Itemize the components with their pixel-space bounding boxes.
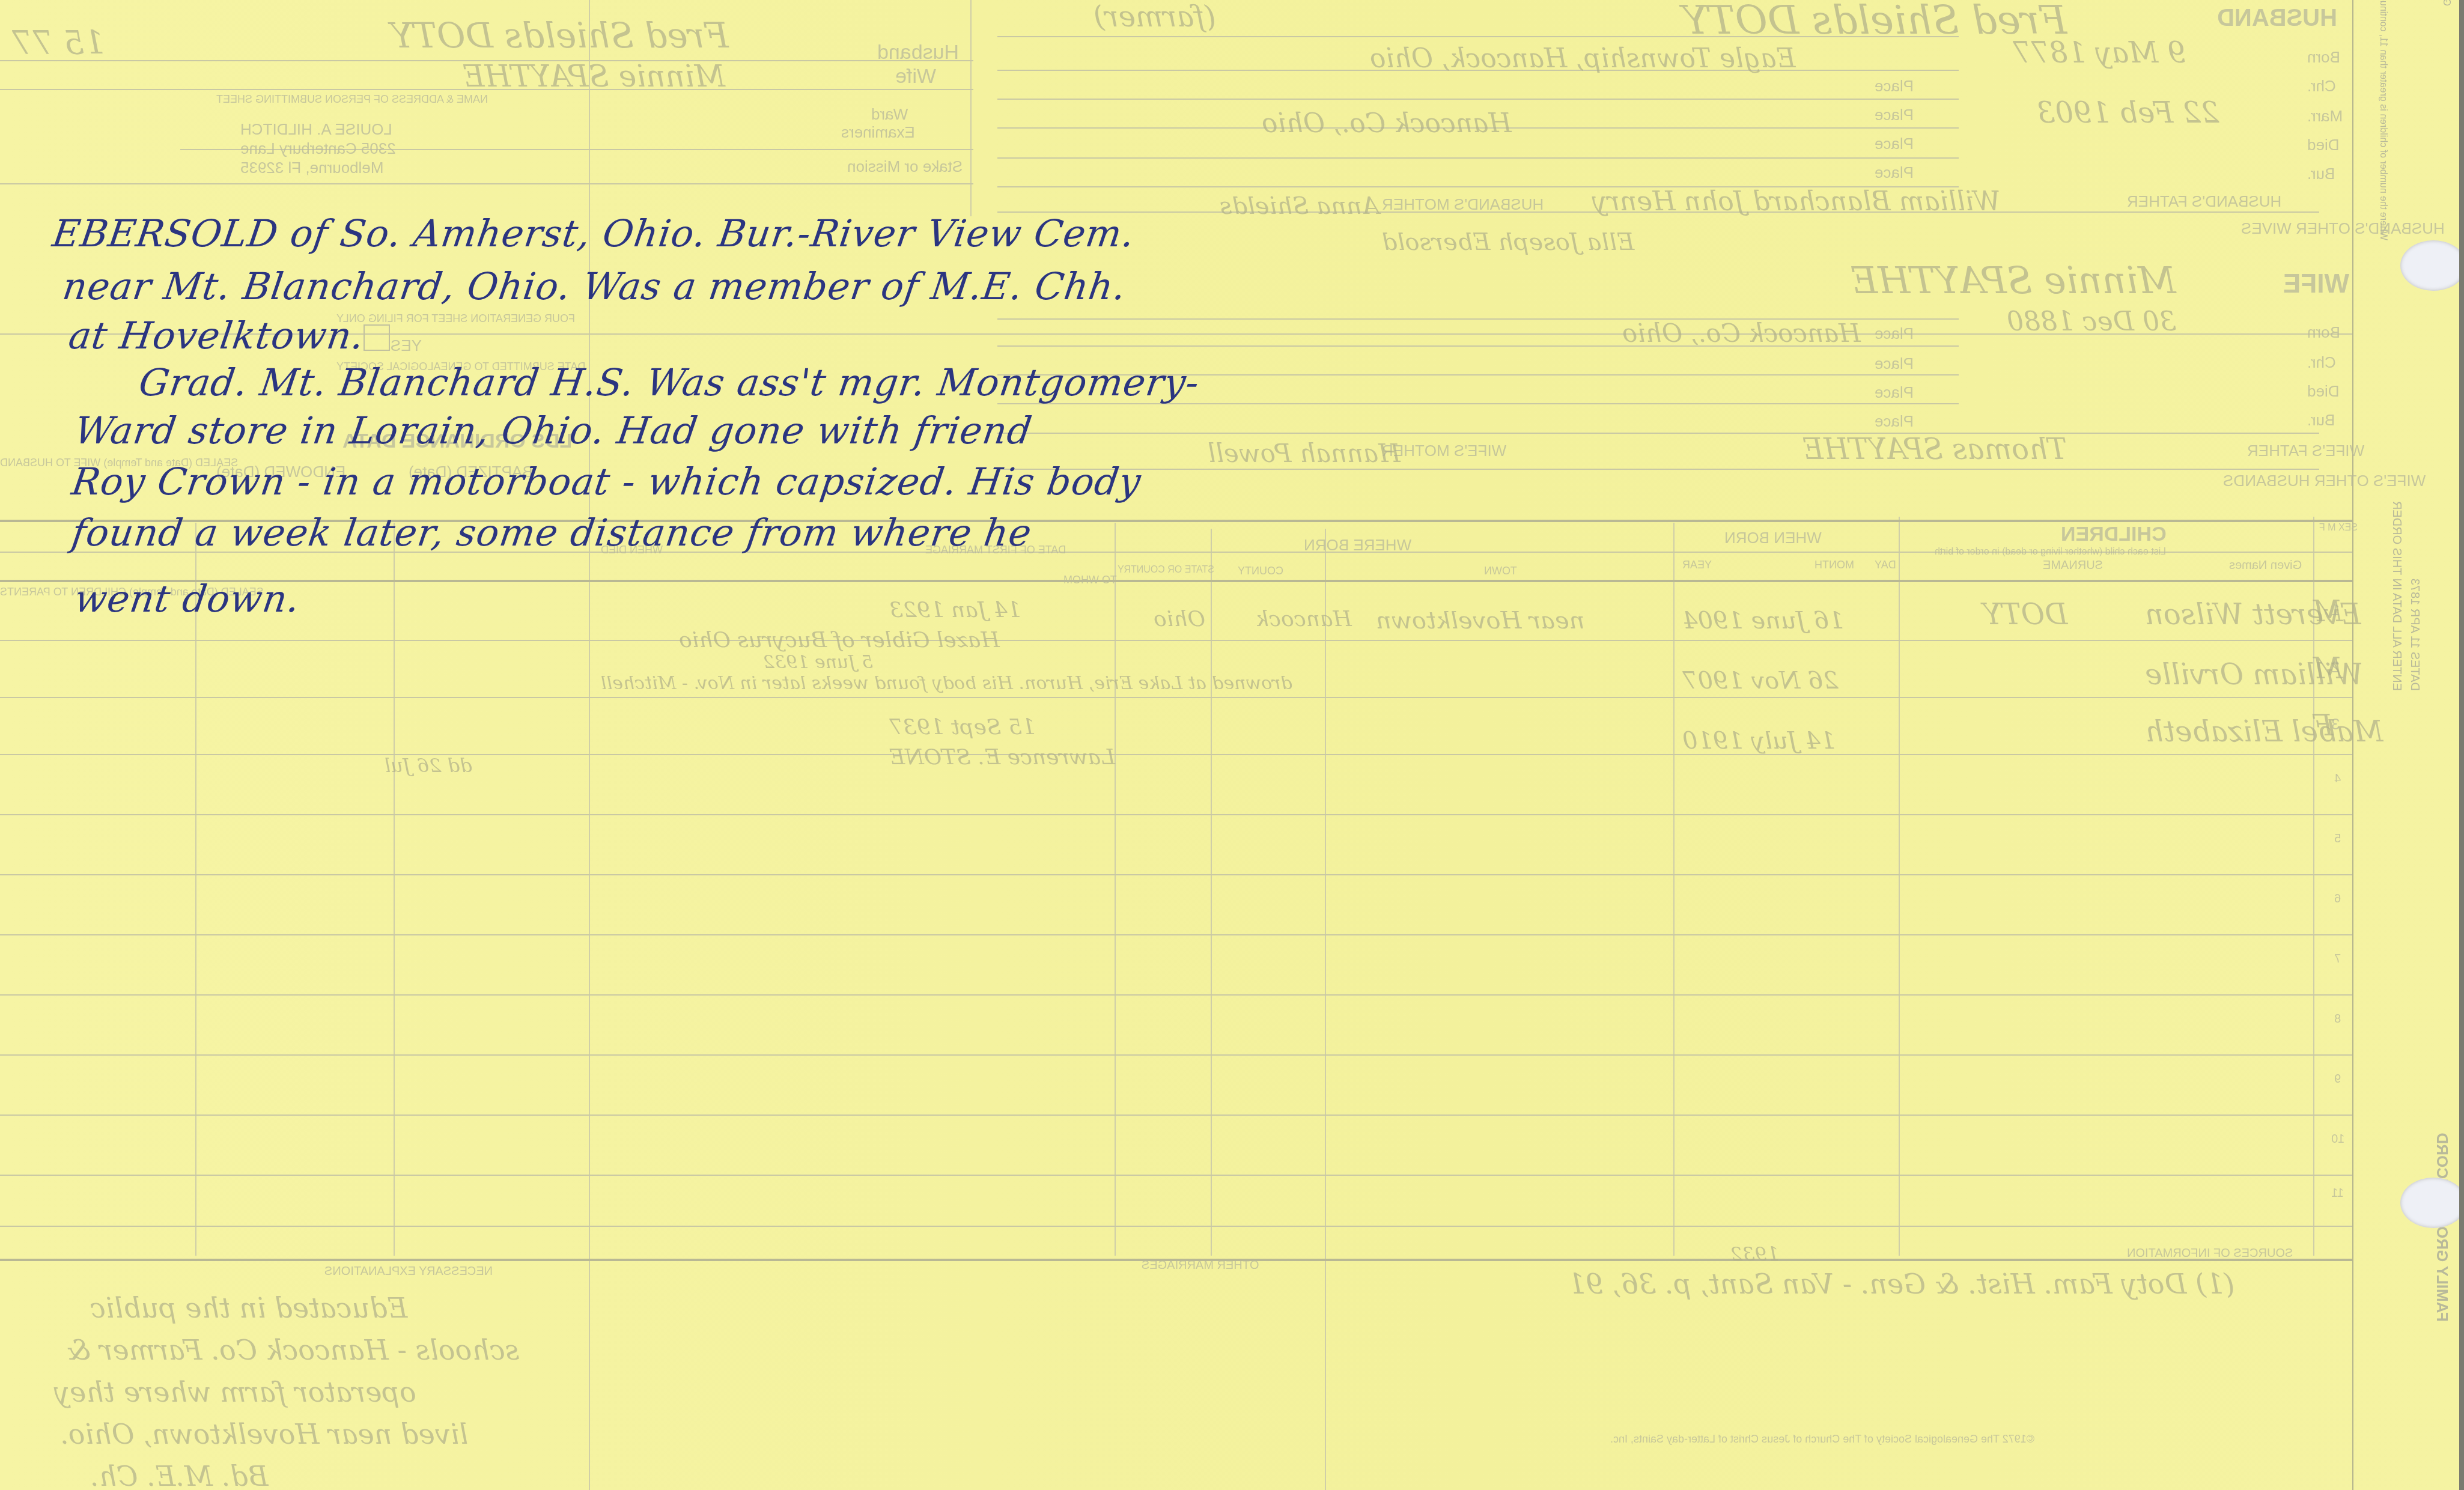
yes-label: YES xyxy=(391,336,422,355)
note-line: Grad. Mt. Blanchard H.S. Was ass't mgr. … xyxy=(136,360,1202,404)
wife-header: WIFE xyxy=(2283,269,2349,299)
child-given: Mabel Elizabeth xyxy=(2145,715,2383,749)
note-line: Roy Crown - in a motorboat - which capsi… xyxy=(69,460,1144,503)
child-note: dd 26 Jul xyxy=(385,754,472,777)
divider xyxy=(394,523,395,1256)
wife-mother-label: WIFE'S MOTHER xyxy=(1382,442,1506,460)
rule xyxy=(0,754,2352,755)
rule xyxy=(0,580,2352,582)
wife-father-label: WIFE'S FATHER xyxy=(2247,442,2364,460)
row-num: 11 xyxy=(2331,1187,2344,1200)
divider xyxy=(195,523,196,1256)
husband-born-place: Eagle Township, Hancock, Ohio xyxy=(1370,43,1796,74)
husband-marr-place: Hancock Co., Ohio xyxy=(1262,108,1512,139)
submitter-line: LOUISE A. HILDITCH xyxy=(240,120,392,139)
row-num: 7 xyxy=(2334,952,2341,966)
wife-born-place: Hancock Co., Ohio xyxy=(1622,318,1861,348)
where-born-header: WHERE BORN xyxy=(1304,536,1411,555)
child-to-whom: Hazel Gibler of Bucyrus Ohio xyxy=(679,628,1000,652)
field-bur: Bur. xyxy=(2307,165,2335,183)
child-born: 16 June 1904 xyxy=(1682,607,1844,634)
wife-mother: Hannah Powell xyxy=(1208,439,1401,468)
husband-label: Husband xyxy=(877,41,959,64)
to-whom-label: TO WHOM xyxy=(1063,574,1117,586)
field-born: Born xyxy=(2307,48,2340,67)
rule xyxy=(997,469,2319,470)
explanation-line: Bd. M.E. Ch. xyxy=(90,1460,268,1490)
husband-other-wives: Ella Joseph Ebersold xyxy=(1382,228,1634,256)
rule xyxy=(997,157,1959,159)
col-town: TOWN xyxy=(1484,565,1517,577)
child-surname: DOTY xyxy=(1983,598,2068,631)
rule xyxy=(0,934,2352,935)
note-line: EBERSOLD of So. Amherst, Ohio. Bur.-Rive… xyxy=(50,211,1137,255)
yes-checkbox[interactable] xyxy=(364,324,390,351)
sources-label: SOURCES OF INFORMATION xyxy=(2127,1247,2293,1260)
note-line: went down. xyxy=(72,577,303,621)
rule xyxy=(0,1114,2352,1116)
note-line: at Hovelktown. xyxy=(66,314,367,357)
wife-other-husbands-label: WIFE'S OTHER HUSBANDS xyxy=(2223,472,2426,490)
husband-mother-label: HUSBAND'S MOTHER xyxy=(1382,195,1544,214)
rule xyxy=(0,1054,2352,1056)
field-chr: Chr. xyxy=(2307,353,2336,372)
col-year: YEAR xyxy=(1682,559,1712,571)
stake-label: Stake or Mission xyxy=(847,157,963,176)
field-marr: Marr. xyxy=(2307,107,2343,126)
note-line: Ward store in Lorain, Ohio. Had gone wit… xyxy=(72,409,1035,452)
place-label: Place xyxy=(1875,106,1914,124)
child-born: 26 Nov 1907 xyxy=(1682,667,1839,695)
binder-hole xyxy=(2400,240,2464,291)
note-line: near Mt. Blanchard, Ohio. Was a member o… xyxy=(60,264,1129,308)
rule xyxy=(0,814,2352,815)
ward-label: Ward xyxy=(871,105,908,124)
divider xyxy=(1211,529,1212,1256)
husband-name-ghost: Fred Shields DOTY xyxy=(391,15,729,56)
field-died: Died xyxy=(2307,136,2339,154)
child-died: 5 June 1932 xyxy=(763,652,873,673)
husband-mother: Anna Shields xyxy=(1220,192,1380,220)
enter-all-data: ENTER ALL DATA IN THIS ORDER xyxy=(2389,501,2403,691)
explanation-line: schools - Hancock Co. Farmer & xyxy=(66,1334,519,1366)
col-surname: SURNAME xyxy=(2043,559,2103,573)
place-label: Place xyxy=(1875,383,1914,402)
sources-text: (1) Doty Fam. Hist. & Gen. - Van Sant, p… xyxy=(1568,1268,2234,1300)
place-label: Place xyxy=(1875,354,1914,373)
child-town: near Hovelktown xyxy=(1376,607,1585,634)
child-county: Hancock xyxy=(1256,607,1352,631)
col-state: STATE OR COUNTRY xyxy=(1118,565,1214,576)
divider xyxy=(1325,529,1326,1490)
husband-occupation: (farmer) xyxy=(1094,0,1216,34)
wife-father: Thomas SPAYTHE xyxy=(1802,433,2067,466)
submitter-header: NAME & ADDRESS OF PERSON SUBMITTING SHEE… xyxy=(216,93,488,106)
child-marr-date: 14 Jan 1923 xyxy=(889,598,1021,622)
place-label: Place xyxy=(1875,77,1914,96)
child-born: 14 July 1910 xyxy=(1682,727,1836,755)
rule xyxy=(997,99,1959,100)
husband-header: HUSBAND xyxy=(2217,5,2337,32)
child-given: Everett Wilson xyxy=(2145,598,2361,631)
husband-other-wives-label: HUSBAND'S OTHER WIVES xyxy=(2241,219,2445,238)
copyright: ©1972 The Genealogical Society of The Ch… xyxy=(1610,1433,2034,1446)
explanation-line: operator farm where they xyxy=(54,1376,416,1408)
child-given: William Orville xyxy=(2145,658,2363,692)
four-gen-label: FOUR GENERATION SHEET FOR FILING ONLY xyxy=(336,312,575,325)
husband-father-label: HUSBAND'S FATHER xyxy=(2127,192,2281,211)
place-label: Place xyxy=(1875,135,1914,153)
row-num: 4 xyxy=(2334,772,2341,786)
row-num: 9 xyxy=(2334,1072,2341,1086)
wife-label: Wife xyxy=(895,65,936,88)
rule xyxy=(0,183,973,184)
place-label: Place xyxy=(1875,163,1914,182)
rule xyxy=(0,874,2352,875)
submitter-line: Melbourne, Fl 32935 xyxy=(240,159,383,177)
field-chr: Chr. xyxy=(2307,77,2336,96)
field-bur: Bur. xyxy=(2307,411,2335,430)
row-num: 5 xyxy=(2334,832,2341,846)
rule xyxy=(0,994,2352,996)
note-line: found a week later, some distance from w… xyxy=(69,511,1035,555)
submitter-line: 2305 Canterbury Lane xyxy=(240,139,396,158)
husband-born: 9 May 1877 xyxy=(2013,36,2186,70)
rule xyxy=(0,640,2352,641)
examiners-label: Examiners xyxy=(841,123,915,142)
place-label: Place xyxy=(1875,324,1914,343)
divider xyxy=(1115,523,1116,1256)
other-marriages-label: OTHER MARRIAGES xyxy=(1142,1259,1259,1273)
row-num: 10 xyxy=(2331,1133,2344,1146)
place-label: Place xyxy=(1875,412,1914,431)
child-note: drowned at Lake Erie, Huron. His body fo… xyxy=(601,673,1292,694)
rule xyxy=(997,433,2319,434)
wife-name-ghost: Minnie SPAYTHE xyxy=(463,59,725,94)
husband-name: Fred Shields DOTY xyxy=(1682,0,2067,43)
col-month: MONTH xyxy=(1815,559,1854,571)
binder-hole xyxy=(2400,1178,2464,1228)
divider xyxy=(1673,523,1675,1256)
col-day: DAY xyxy=(1875,559,1896,571)
explanation-line: Educated in the public xyxy=(90,1292,407,1324)
child-marr-date: 15 Sept 1937 xyxy=(889,715,1036,740)
wife-name: Minnie SPAYTHE xyxy=(1851,258,2176,302)
field-born: Born xyxy=(2307,323,2340,342)
child-state: Ohio xyxy=(1154,607,1205,631)
explanation-line: lived near Hovelktown, Ohio. xyxy=(60,1418,468,1450)
scan-edge xyxy=(2459,0,2464,1490)
row-num: 8 xyxy=(2334,1012,2341,1026)
field-died: Died xyxy=(2307,382,2339,401)
husband-marr: 22 Feb 1903 xyxy=(2037,96,2219,130)
divider xyxy=(1899,517,1900,1256)
rule xyxy=(0,697,2352,698)
col-sex: SEX M F xyxy=(2319,523,2358,534)
instructions-top: Where the number of children is greater … xyxy=(2377,0,2388,240)
row-num: 6 xyxy=(2334,892,2341,906)
rule xyxy=(0,1175,2352,1176)
child-to-whom: Lawrence E. STONE xyxy=(889,745,1115,770)
wife-born: 30 Dec 1880 xyxy=(2007,306,2176,337)
sources-year: 1932 xyxy=(1730,1242,1779,1265)
rule xyxy=(0,1226,2352,1227)
col-given: Given Names xyxy=(2229,559,2302,573)
dates-note: DATES 11 APR 1873 xyxy=(2408,579,2421,691)
when-born-header: WHEN BORN xyxy=(1724,529,1822,547)
col-county: COUNTY xyxy=(1238,565,1283,577)
children-subheader: List each child (whether living or dead)… xyxy=(1935,547,2166,558)
form-number: GS FORM 3 xyxy=(2441,0,2451,6)
children-header: CHILDREN xyxy=(2061,523,2167,546)
sheet-number: 15 77 xyxy=(12,24,105,62)
document-sheet: Husband Wife Fred Shields DOTY Minnie SP… xyxy=(0,0,2464,1490)
husband-father: William Blanchard John Henry xyxy=(1592,186,2001,217)
explanations-label: NECESSARY EXPLANATIONS xyxy=(324,1265,493,1279)
